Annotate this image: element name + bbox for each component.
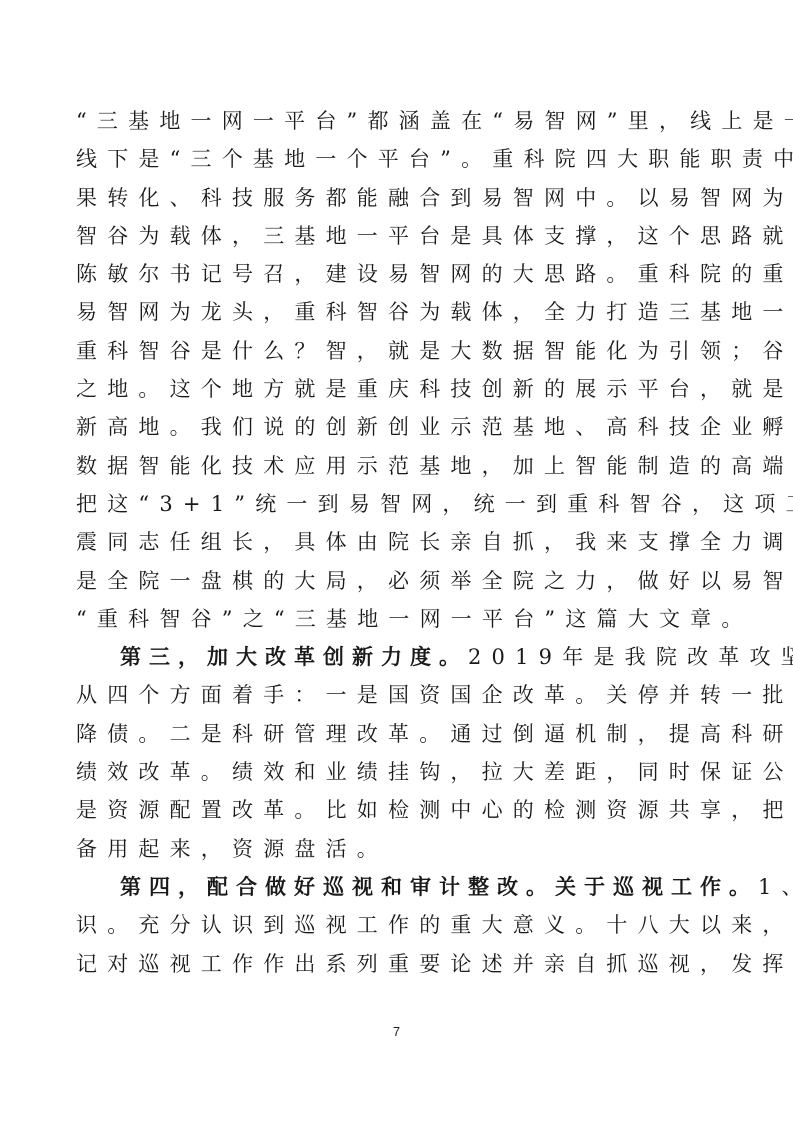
text-segment: 之地。这个地方就是重庆科技创新的展示平台，就是重庆科技创 xyxy=(76,377,793,401)
section-heading-line: 第四，配合做好巡视和审计整改。关于巡视工作。1、提高认 xyxy=(76,868,688,906)
text-segment: 1、提高认 xyxy=(758,875,793,899)
text-segment: 线下是“三个基地一个平台”。重科院四大职能职责中的孵化、成 xyxy=(76,147,793,171)
text-line: 线下是“三个基地一个平台”。重科院四大职能职责中的孵化、成 xyxy=(76,140,688,178)
text-segment: “重科智谷”之“三基地一网一平台”这篇大文章。 xyxy=(76,607,753,631)
text-segment: 震同志任组长，具体由院长亲自抓，我来支撑全力调配力量，这 xyxy=(76,530,793,554)
text-segment: 把这“3+1”统一到易智网，统一到重科智谷，这项工作由我和梁 xyxy=(76,492,793,516)
text-segment: 易智网为龙头，重科智谷为载体，全力打造三基地一网一平台。 xyxy=(76,300,793,324)
text-line: “三基地一网一平台”都涵盖在“易智网”里，线上是一张网， xyxy=(76,102,688,140)
section-heading-line: 第三，加大改革创新力度。2019年是我院改革攻坚年，重点 xyxy=(76,638,688,676)
text-segment: 数据智能化技术应用示范基地，加上智能制造的高端研发平台， xyxy=(76,454,793,478)
text-line: 降债。二是科研管理改革。通过倒逼机制，提高科研实力；三是 xyxy=(76,715,688,753)
text-line: 重科智谷是什么？智，就是大数据智能化为引领；谷，就是聚集 xyxy=(76,332,688,370)
text-segment: 重科智谷是什么？智，就是大数据智能化为引领；谷，就是聚集 xyxy=(76,339,793,363)
text-line: 记对巡视工作作出系列重要论述并亲自抓巡视，发挥了巡视的利 xyxy=(76,945,688,983)
text-segment: 是资源配置改革。比如检测中心的检测资源共享，把仪器设施设 xyxy=(76,798,793,822)
text-segment: 是全院一盘棋的大局，必须举全院之力，做好以易智网为龙头的 xyxy=(76,569,793,593)
text-line: 陈敏尔书记号召，建设易智网的大思路。重科院的重点工作是以 xyxy=(76,255,688,293)
document-page: “三基地一网一平台”都涵盖在“易智网”里，线上是一张网， 线下是“三个基地一个平… xyxy=(0,0,793,1122)
text-segment: 识。充分认识到巡视工作的重大意义。十八大以来，习近平总书 xyxy=(76,913,793,937)
text-segment: 2019年是我院改革攻坚年，重点 xyxy=(468,645,793,669)
text-line: 是全院一盘棋的大局，必须举全院之力，做好以易智网为龙头的 xyxy=(76,562,688,600)
text-line: 备用起来，资源盘活。 xyxy=(76,830,688,868)
text-segment: “三基地一网一平台”都涵盖在“易智网”里，线上是一张网， xyxy=(76,109,793,133)
body-text: “三基地一网一平台”都涵盖在“易智网”里，线上是一张网， 线下是“三个基地一个平… xyxy=(76,102,688,983)
text-line: 智谷为载体，三基地一平台是具体支撑，这个思路就是我们响应 xyxy=(76,217,688,255)
text-segment: 陈敏尔书记号召，建设易智网的大思路。重科院的重点工作是以 xyxy=(76,262,793,286)
text-line: 之地。这个地方就是重庆科技创新的展示平台，就是重庆科技创 xyxy=(76,370,688,408)
text-line: 震同志任组长，具体由院长亲自抓，我来支撑全力调配力量，这 xyxy=(76,523,688,561)
text-segment: 记对巡视工作作出系列重要论述并亲自抓巡视，发挥了巡视的利 xyxy=(76,952,793,976)
text-line: 易智网为龙头，重科智谷为载体，全力打造三基地一网一平台。 xyxy=(76,293,688,331)
text-segment: 降债。二是科研管理改革。通过倒逼机制，提高科研实力；三是 xyxy=(76,722,793,746)
text-segment: 备用起来，资源盘活。 xyxy=(76,837,388,861)
text-line: 绩效改革。绩效和业绩挂钩，拉大差距，同时保证公平公正；四 xyxy=(76,753,688,791)
text-line: 把这“3+1”统一到易智网，统一到重科智谷，这项工作由我和梁 xyxy=(76,485,688,523)
text-segment: 从四个方面着手：一是国资国企改革。关停并转一批企业，节资 xyxy=(76,683,793,707)
page-number: 7 xyxy=(0,1024,793,1039)
text-segment: 智谷为载体，三基地一平台是具体支撑，这个思路就是我们响应 xyxy=(76,224,793,248)
section-heading: 第三，加大改革创新力度。 xyxy=(120,644,468,669)
text-line: 是资源配置改革。比如检测中心的检测资源共享，把仪器设施设 xyxy=(76,791,688,829)
text-segment: 果转化、科技服务都能融合到易智网中。以易智网为龙头，重科 xyxy=(76,186,793,210)
text-line: 从四个方面着手：一是国资国企改革。关停并转一批企业，节资 xyxy=(76,676,688,714)
text-line: 新高地。我们说的创新创业示范基地、高科技企业孵化基地、大 xyxy=(76,408,688,446)
text-line: 识。充分认识到巡视工作的重大意义。十八大以来，习近平总书 xyxy=(76,906,688,944)
text-segment: 新高地。我们说的创新创业示范基地、高科技企业孵化基地、大 xyxy=(76,415,793,439)
section-heading: 第四，配合做好巡视和审计整改。关于巡视工作。 xyxy=(120,874,758,899)
text-segment: 绩效改革。绩效和业绩挂钩，拉大差距，同时保证公平公正；四 xyxy=(76,760,793,784)
text-line: “重科智谷”之“三基地一网一平台”这篇大文章。 xyxy=(76,600,688,638)
text-line: 数据智能化技术应用示范基地，加上智能制造的高端研发平台， xyxy=(76,447,688,485)
text-line: 果转化、科技服务都能融合到易智网中。以易智网为龙头，重科 xyxy=(76,179,688,217)
